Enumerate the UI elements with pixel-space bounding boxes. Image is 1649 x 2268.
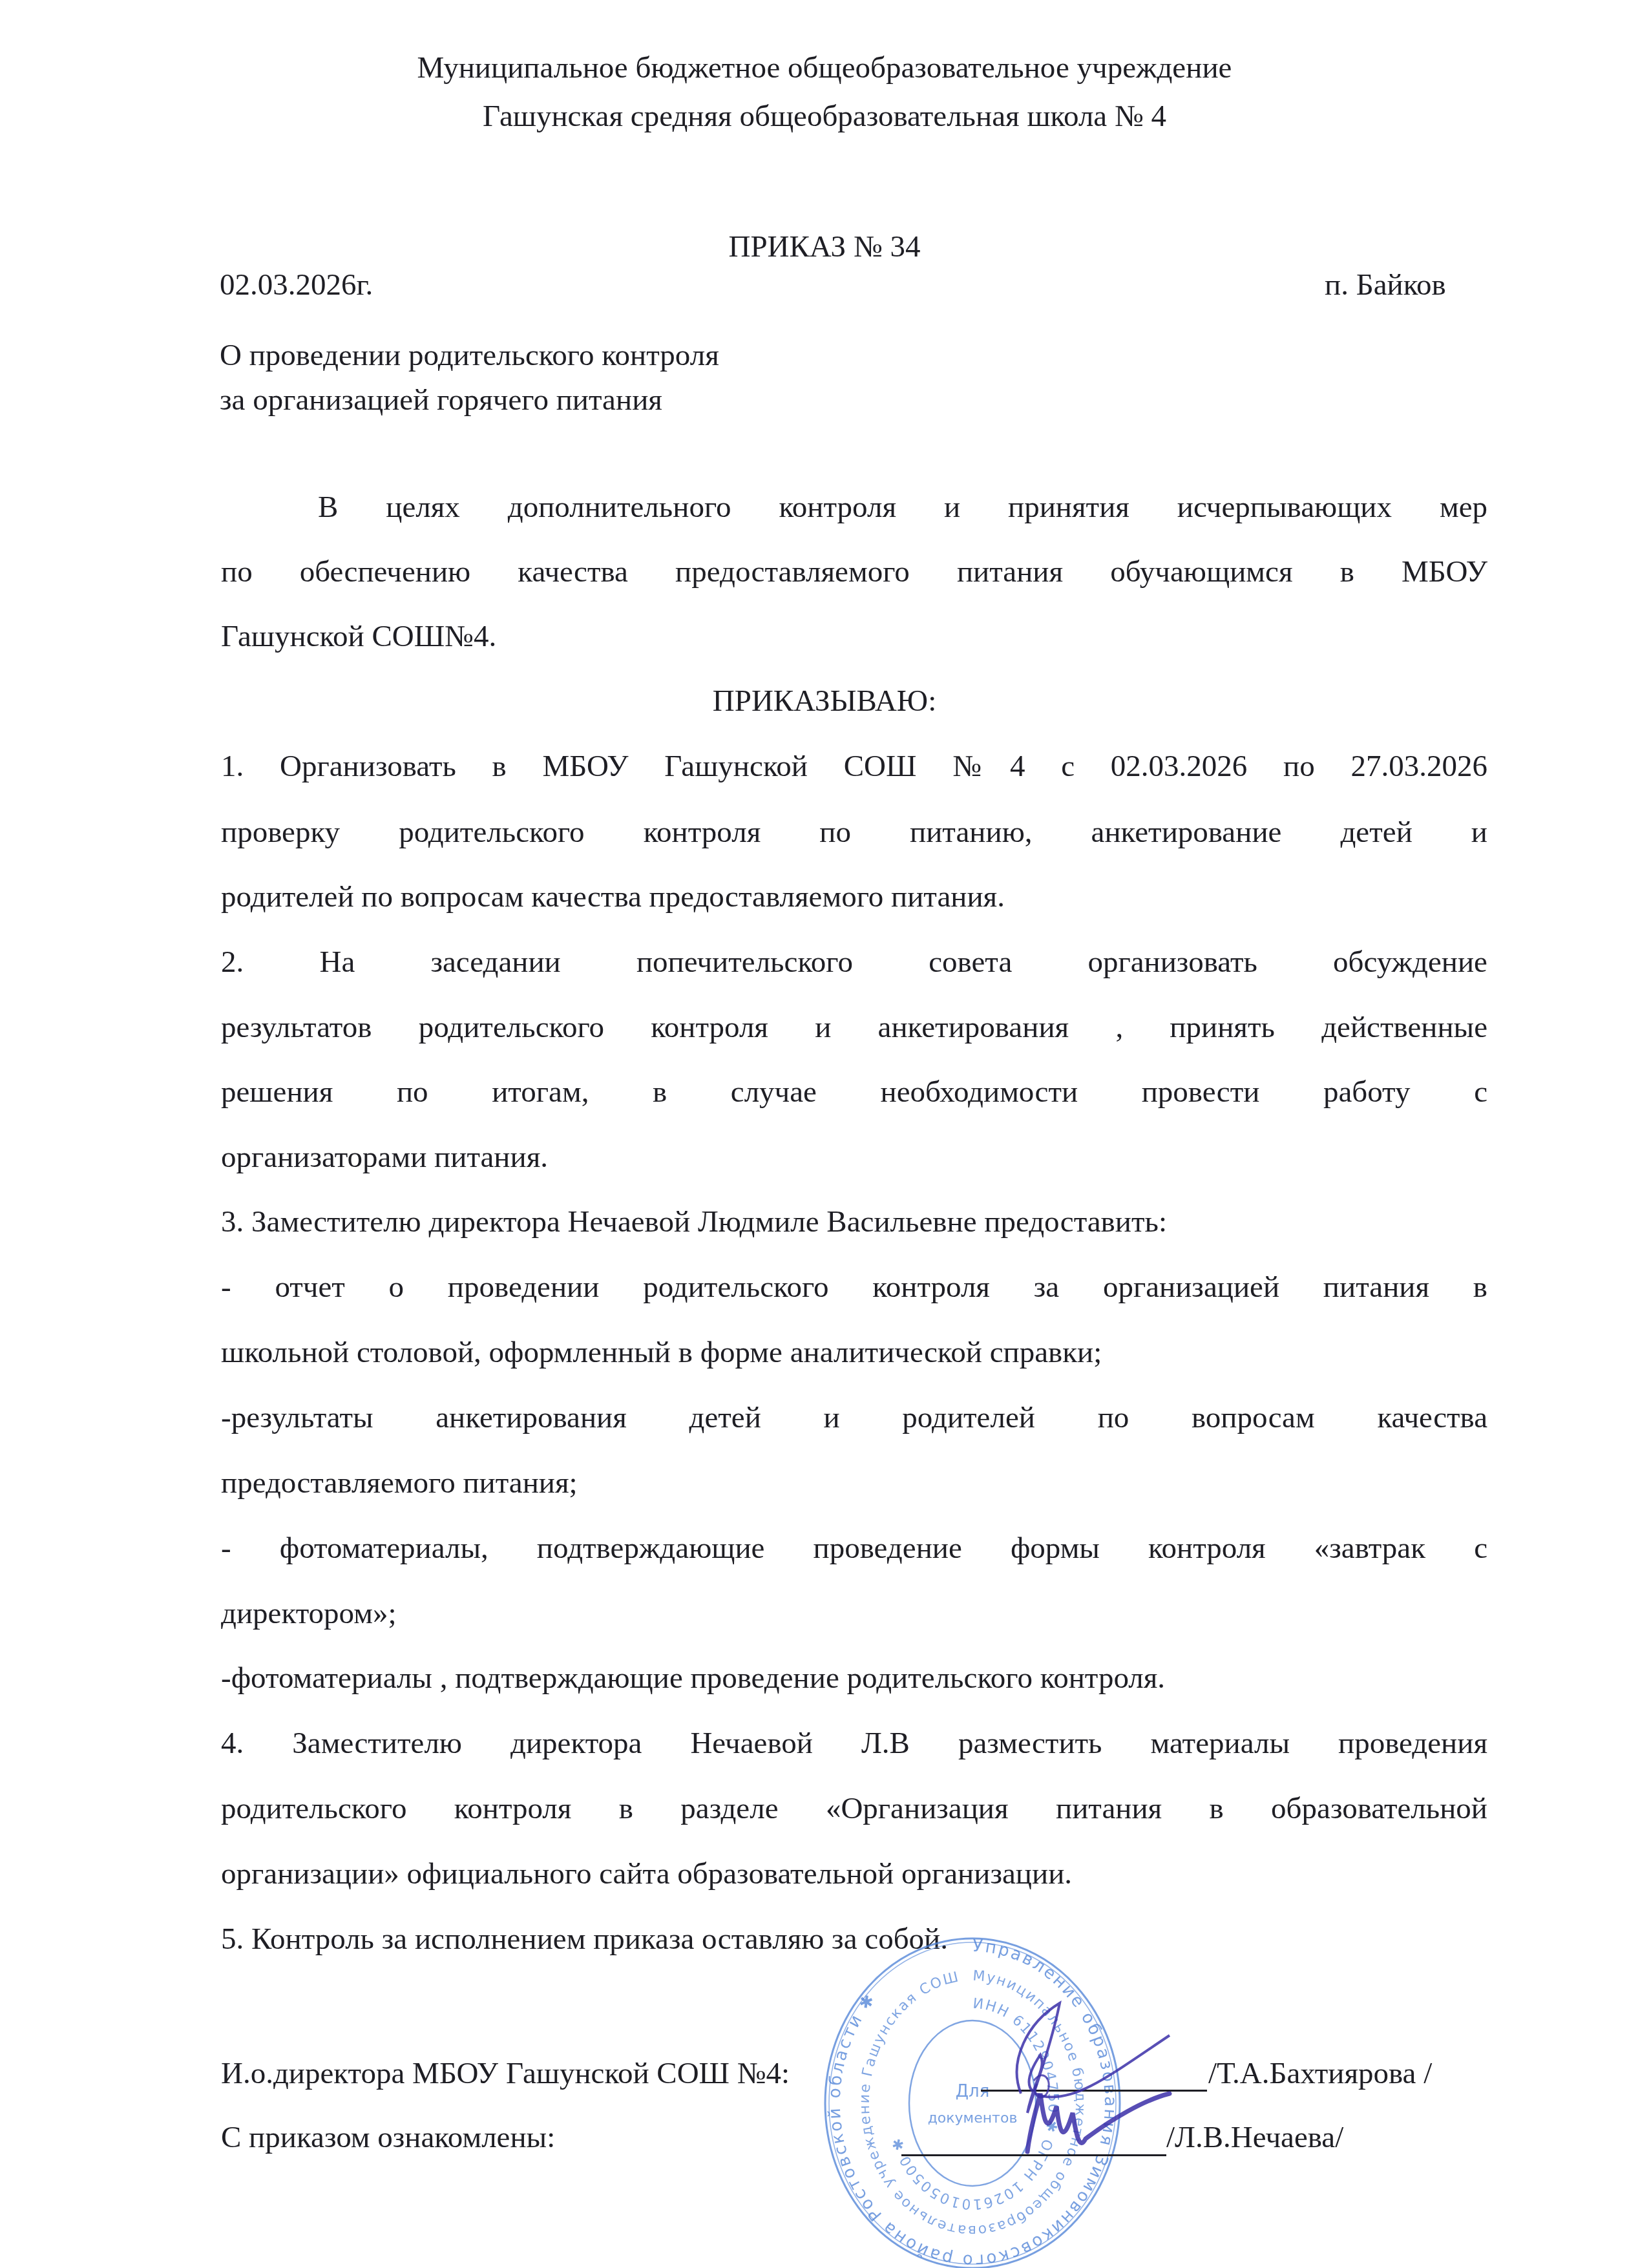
item-3-line: - фотоматериалы, подтверждающие проведен… (221, 1533, 1487, 1564)
item-3-line: -фотоматериалы , подтверждающие проведен… (221, 1663, 1165, 1694)
order-document: Муниципальное бюджетное общеобразователь… (0, 0, 1649, 2268)
item-2-line: решения по итогам, в случае необходимост… (221, 1077, 1487, 1108)
item-4-line: организации» официального сайта образова… (221, 1859, 1072, 1889)
item-3-line: 3. Заместителю директора Нечаевой Людмил… (221, 1207, 1167, 1237)
preamble-line: по обеспечению качества предоставляемого… (221, 557, 1487, 587)
subject-line1: О проведении родительского контроля (220, 341, 719, 371)
item-3-line: предоставляемого питания; (221, 1468, 578, 1498)
item-1-line: 1. Организовать в МБОУ Гашунской СОШ №4 … (221, 751, 1487, 782)
director-label: И.о.директора МБОУ Гашунской СОШ №4: (221, 2059, 790, 2089)
item-2-line: результатов родительского контроля и анк… (221, 1013, 1487, 1043)
item-1-line: проверку родительского контроля по питан… (221, 817, 1487, 848)
item-1-line: родителей по вопросам качества предостав… (221, 882, 1005, 912)
subject-line2: за организацией горячего питания (220, 385, 662, 415)
acquainted-signature-icon (1002, 2068, 1182, 2165)
order-date: 02.03.2026г. (220, 270, 373, 300)
preamble-line: В целях дополнительного контроля и приня… (318, 492, 1487, 523)
item-3-line: -результаты анкетирования детей и родите… (221, 1403, 1487, 1433)
item-2-line: организаторами питания. (221, 1142, 548, 1173)
director-name: /Т.А.Бахтиярова / (1208, 2059, 1432, 2089)
org-name-line2: Гашунская средняя общеобразовательная шк… (0, 99, 1649, 134)
preamble-line: Гашунской СОШ№4. (221, 622, 496, 652)
org-name-line1: Муниципальное бюджетное общеобразователь… (0, 50, 1649, 85)
order-title: ПРИКАЗ № 34 (0, 229, 1649, 264)
item-3-line: - отчет о проведении родительского контр… (221, 1272, 1487, 1303)
item-3-line: школьной столовой, оформленный в форме а… (221, 1338, 1102, 1368)
acquainted-name: /Л.В.Нечаева/ (1166, 2123, 1343, 2153)
item-4-line: 4. Заместителю директора Нечаевой Л.В ра… (221, 1728, 1487, 1759)
acquainted-label: С приказом ознакомлены: (221, 2123, 555, 2153)
order-place: п. Байков (1325, 270, 1446, 300)
item-2-line: 2. На заседании попечительского совета о… (221, 947, 1487, 978)
decree-heading: ПРИКАЗЫВАЮ: (0, 686, 1649, 717)
item-4-line: родительского контроля в разделе «Органи… (221, 1794, 1487, 1824)
item-3-line: директором»; (221, 1599, 396, 1629)
